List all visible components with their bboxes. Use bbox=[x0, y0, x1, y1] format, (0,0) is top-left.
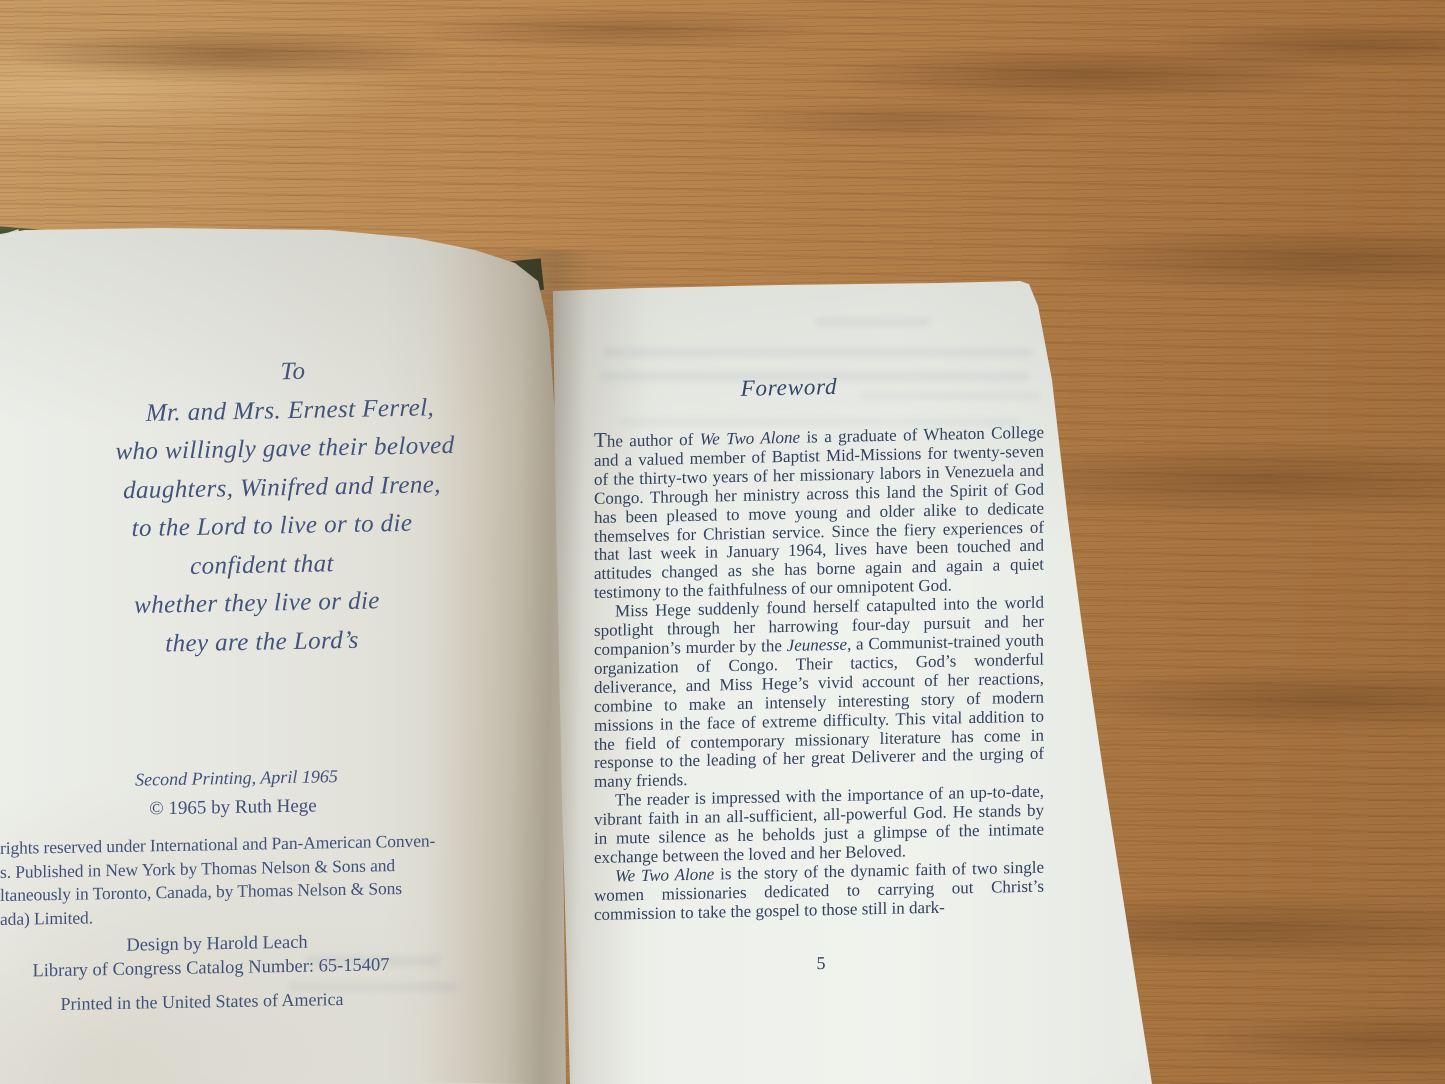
foreword-block: Foreword The author of We Two Alone is a… bbox=[594, 369, 1044, 925]
dedication-block: To Mr. and Mrs. Ernest Ferrel, who willi… bbox=[33, 348, 553, 666]
book-title-italic: We Two Alone bbox=[700, 428, 800, 449]
rights-paragraph: rights reserved under International and … bbox=[0, 827, 560, 931]
foreword-paragraph-3: The reader is impressed with the importa… bbox=[594, 783, 1044, 868]
drop-cap: T bbox=[594, 428, 607, 452]
book-title-italic: We Two Alone bbox=[615, 864, 714, 885]
foreword-paragraph-1: The author of We Two Alone is a graduate… bbox=[594, 422, 1044, 604]
open-book-photo: To Mr. and Mrs. Ernest Ferrel, who willi… bbox=[0, 0, 1445, 1084]
foreword-paragraph-4: We Two Alone is the story of the dynamic… bbox=[594, 858, 1044, 924]
italic-term: Jeunesse bbox=[787, 635, 847, 655]
paragraph-text: he author of bbox=[607, 430, 700, 451]
colophon-block: Second Printing, April 1965 © 1965 by Ru… bbox=[0, 762, 560, 1017]
page-number: 5 bbox=[806, 953, 836, 975]
show-through-text bbox=[815, 318, 930, 326]
foreword-paragraph-2: Miss Hege suddenly found herself catapul… bbox=[594, 594, 1044, 792]
copyright-notice: © 1965 by Ruth Hege bbox=[0, 793, 466, 823]
paragraph-text: is a graduate of Wheaton College and a v… bbox=[594, 423, 1044, 603]
show-through-text bbox=[603, 348, 1033, 357]
